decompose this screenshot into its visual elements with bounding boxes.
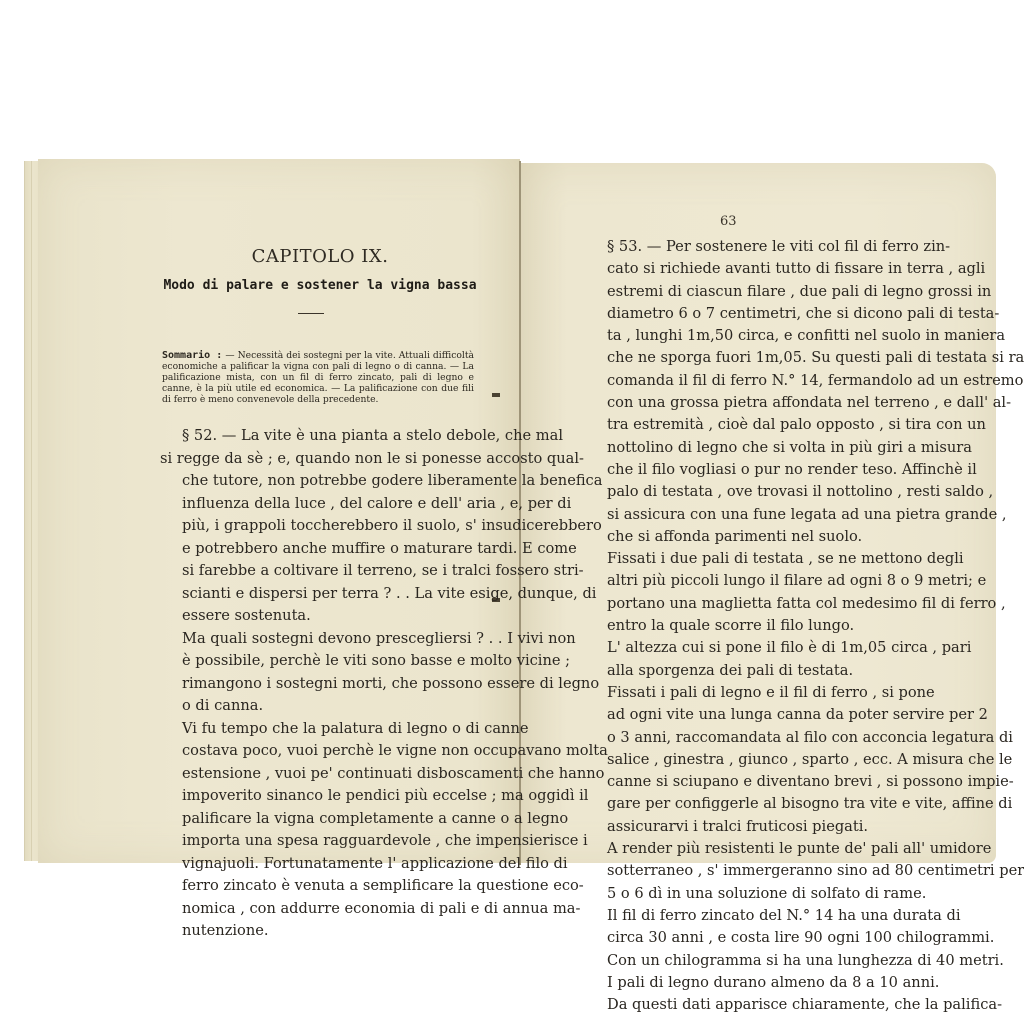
text-line: vignajuoli. Fortunatamente l' applicazio… (160, 853, 476, 876)
paragraph: Vi fu tempo che la palatura di legno o d… (160, 718, 476, 943)
text-line: importa una spesa ragguardevole , che im… (160, 830, 476, 853)
paragraph: I pali di legno durano almeno da 8 a 10 … (585, 972, 887, 994)
text-line: ferro zincato è venuta a semplificare la… (160, 875, 476, 898)
right-page-body: § 53. — Per sostenere le viti col fil di… (585, 236, 887, 1016)
text-line: più, i grappoli toccherebbero il suolo, … (160, 515, 476, 538)
text-line: A render più resistenti le punte de' pal… (585, 838, 887, 860)
page-number: 63 (720, 214, 737, 229)
text-line: si assicura con una fune legata ad una p… (585, 504, 887, 526)
text-line: che il filo vogliasi o pur no render tes… (585, 459, 887, 481)
paragraph: Da questi dati apparisce chiaramente, ch… (585, 994, 887, 1016)
text-line: palificare la vigna completamente a cann… (160, 808, 476, 831)
paragraph: Ma quali sostegni devono prescegliersi ?… (160, 628, 476, 718)
text-line: canne si sciupano e diventano brevi , si… (585, 771, 887, 793)
text-line: comanda il fil di ferro N.° 14, fermando… (585, 370, 887, 392)
text-line: sotterraneo , s' immergeranno sino ad 80… (585, 860, 887, 882)
text-line: 5 o 6 dì in una soluzione di solfato di … (585, 883, 887, 905)
text-line: Ma quali sostegni devono prescegliersi ?… (160, 628, 476, 651)
text-line: nutenzione. (160, 920, 476, 943)
text-line: nottolino di legno che si volta in più g… (585, 437, 887, 459)
text-line: § 52. — La vite è una pianta a stelo deb… (160, 425, 476, 448)
text-line: altri più piccoli lungo il filare ad ogn… (585, 570, 887, 592)
text-line: cato si richiede avanti tutto di fissare… (585, 258, 887, 280)
text-line: ta , lunghi 1m,50 circa, e confitti nel … (585, 325, 887, 347)
text-line: rimangono i sostegni morti, che possono … (160, 673, 476, 696)
text-line: e potrebbero anche muffire o maturare ta… (160, 538, 476, 561)
divider-rule (298, 313, 324, 314)
text-line: Il fil di ferro zincato del N.° 14 ha un… (585, 905, 887, 927)
chapter-title: CAPITOLO IX. (150, 246, 490, 267)
text-line: tra estremità , cioè dal palo opposto , … (585, 414, 887, 436)
text-line: L' altezza cui si pone il filo è di 1m,0… (585, 637, 887, 659)
paragraph: Fissati i due pali di testata , se ne me… (585, 548, 887, 637)
text-line: Da questi dati apparisce chiaramente, ch… (585, 994, 887, 1016)
text-line: ad ogni vite una lunga canna da poter se… (585, 704, 887, 726)
text-line: alla sporgenza dei pali di testata. (585, 660, 887, 682)
text-line: salice , ginestra , giunco , sparto , ec… (585, 749, 887, 771)
summary-label: Sommario : (162, 350, 222, 361)
text-line: estensione , vuoi pe' continuati disbosc… (160, 763, 476, 786)
text-line: si farebbe a coltivare il terreno, se i … (160, 560, 476, 583)
chapter-summary: Sommario : — Necessità dei sostegni per … (162, 350, 474, 405)
text-line: con una grossa pietra affondata nel terr… (585, 392, 887, 414)
text-line: si regge da sè ; e, quando non le si pon… (160, 448, 476, 471)
text-line: Vi fu tempo che la palatura di legno o d… (160, 718, 476, 741)
text-line: influenza della luce , del calore e dell… (160, 493, 476, 516)
paragraph: Fissati i pali di legno e il fil di ferr… (585, 682, 887, 838)
text-line: entro la quale scorre il filo lungo. (585, 615, 887, 637)
text-line: gare per configgerle al bisogno tra vite… (585, 793, 887, 815)
text-line: Fissati i pali di legno e il fil di ferr… (585, 682, 887, 704)
text-line: che si affonda parimenti nel suolo. (585, 526, 887, 548)
text-line: estremi di ciascun filare , due pali di … (585, 281, 887, 303)
text-line: Con un chilogramma si ha una lunghezza d… (585, 950, 887, 972)
text-line: § 53. — Per sostenere le viti col fil di… (585, 236, 887, 258)
paragraph: Il fil di ferro zincato del N.° 14 ha un… (585, 905, 887, 972)
text-line: assicurarvi i tralci fruticosi piegati. (585, 816, 887, 838)
text-line: scianti e dispersi per terra ? . . La vi… (160, 583, 476, 606)
text-line: che tutore, non potrebbe godere liberame… (160, 470, 476, 493)
text-line: portano una maglietta fatta col medesimo… (585, 593, 887, 615)
text-line: impoverito sinanco le pendici più eccels… (160, 785, 476, 808)
text-line: che ne sporga fuori 1m,05. Su questi pal… (585, 347, 887, 369)
paragraph: L' altezza cui si pone il filo è di 1m,0… (585, 637, 887, 682)
paragraph: A render più resistenti le punte de' pal… (585, 838, 887, 905)
text-line: I pali di legno durano almeno da 8 a 10 … (585, 972, 887, 994)
text-line: circa 30 anni , e costa lire 90 ogni 100… (585, 927, 887, 949)
paragraph-53: § 53. — Per sostenere le viti col fil di… (585, 236, 887, 548)
chapter-subtitle: Modo di palare e sostener la vigna bassa (150, 278, 490, 293)
text-line: diametro 6 o 7 centimetri, che si dicono… (585, 303, 887, 325)
text-line: palo di testata , ove trovasi il nottoli… (585, 481, 887, 503)
binding-stitch (492, 393, 500, 397)
text-line: nomica , con addurre economia di pali e … (160, 898, 476, 921)
text-line: costava poco, vuoi perchè le vigne non o… (160, 740, 476, 763)
paragraph-52: § 52. — La vite è una pianta a stelo deb… (160, 425, 476, 628)
text-line: è possibile, perchè le viti sono basse e… (160, 650, 476, 673)
text-line: essere sostenuta. (160, 605, 476, 628)
text-line: o di canna. (160, 695, 476, 718)
left-page-body: § 52. — La vite è una pianta a stelo deb… (160, 425, 476, 943)
text-line: Fissati i due pali di testata , se ne me… (585, 548, 887, 570)
text-line: o 3 anni, raccomandata al filo con accon… (585, 727, 887, 749)
book-spine (519, 161, 521, 865)
